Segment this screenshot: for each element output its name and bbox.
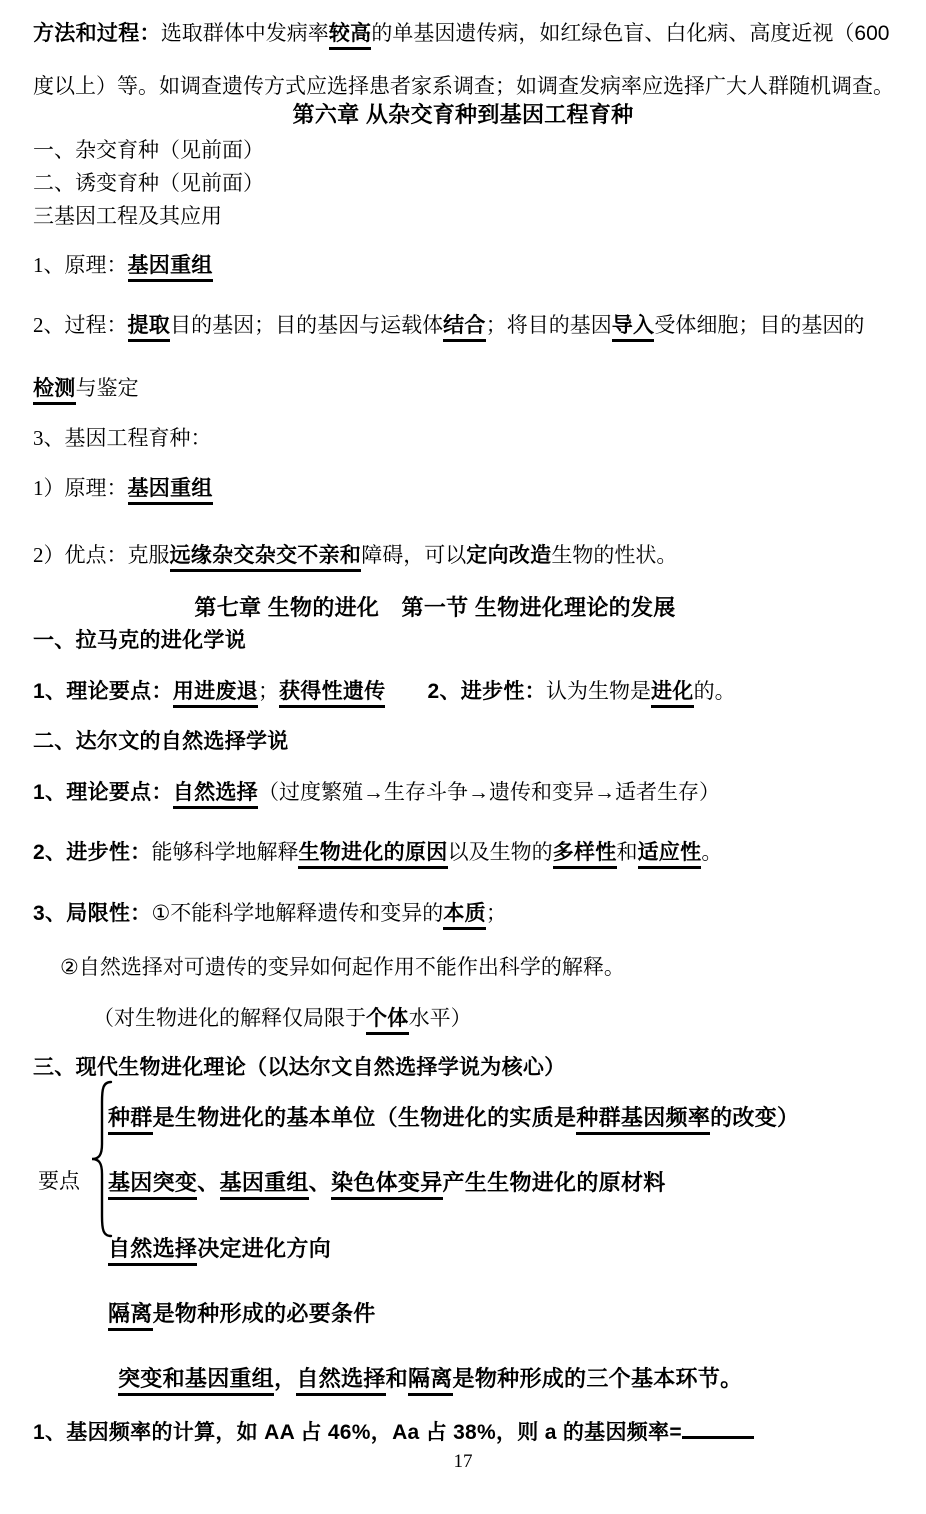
underlined-term: 生物进化的原因 [298, 841, 447, 869]
underlined-term: 结合 [443, 314, 486, 342]
page-number: 17 [0, 1448, 926, 1475]
text-segment: 第六章 从杂交育种到基因工程育种 [293, 102, 634, 127]
line-darwin-limitation-3: （对生物进化的解释仅局限于个体水平） [93, 1005, 472, 1032]
text-segment: 第七章 生物的进化 第一节 生物进化理论的发展 [194, 595, 675, 620]
text-segment: 2）优点：克服 [33, 543, 170, 567]
text-segment: 目的基因；目的基因与运载体 [170, 313, 443, 337]
underlined-term: 基因重组 [128, 254, 213, 282]
text-segment: 是生物进化的基本单位（生物进化的实质是 [153, 1105, 577, 1130]
section-modern-evolution-theory: 三、现代生物进化理论（以达尔文自然选择学说为核心） [33, 1054, 566, 1081]
text-segment: 3、局限性： [33, 902, 151, 925]
text-segment: 和 [386, 1366, 408, 1391]
text-segment: 1）原理： [33, 476, 128, 500]
text-segment: 水平） [409, 1006, 472, 1030]
underlined-term: 用进废退 [173, 680, 258, 708]
text-segment: ①不能科学地解释遗传和变异的 [151, 901, 443, 925]
line-survey-method-1: 方法和过程：选取群体中发病率较高的单基因遗传病，如红绿色盲、白化病、高度近视（6… [33, 20, 889, 47]
document-page: 方法和过程：选取群体中发病率较高的单基因遗传病，如红绿色盲、白化病、高度近视（6… [0, 0, 926, 1514]
text-segment: ； [258, 679, 279, 703]
text-segment: 、 [197, 1170, 219, 1195]
text-segment: ；将目的基因 [486, 313, 612, 337]
underlined-term: 较高 [329, 22, 372, 50]
text-segment: 的单基因遗传病，如红绿色盲、白化病、高度近视（ [371, 21, 854, 45]
text-segment: 1、理论要点： [33, 781, 173, 804]
text-segment: 决定进化方向 [197, 1236, 331, 1261]
underlined-term: 自然选择 [108, 1236, 197, 1266]
line-gene-frequency-question: 1、基因频率的计算，如 AA 占 46%，Aa 占 38%，则 a 的基因频率= [33, 1415, 754, 1446]
text-segment: 一、拉马克的进化学说 [33, 629, 246, 652]
line-gene-engineering-breeding: 3、基因工程育种： [33, 425, 212, 452]
chapter6-heading: 第六章 从杂交育种到基因工程育种 [0, 101, 926, 128]
brace-line-raw-material: 基因突变、基因重组、染色体变异产生生物进化的原材料 [108, 1169, 666, 1196]
text-segment: 定向改造 [466, 544, 551, 567]
text-segment: 是物种形成的三个基本环节。 [453, 1366, 743, 1391]
text-segment: 2、进步性： [427, 680, 545, 703]
text-segment: ； [486, 901, 507, 925]
text-segment: 受体细胞；目的基因的 [654, 313, 864, 337]
text-segment: 障碍，可以 [361, 543, 466, 567]
text-segment [385, 679, 427, 703]
text-segment: （对生物进化的解释仅局限于 [93, 1006, 366, 1030]
underlined-term: 检测 [33, 377, 76, 405]
line-darwin-progress: 2、进步性：能够科学地解释生物进化的原因以及生物的多样性和适应性。 [33, 839, 722, 866]
chapter7-heading: 第七章 生物的进化 第一节 生物进化理论的发展 [0, 594, 898, 621]
underlined-term: 种群 [108, 1105, 153, 1135]
line-advantages: 2）优点：克服远缘杂交杂交不亲和障碍，可以定向改造生物的性状。 [33, 542, 677, 569]
line-principle-2: 1）原理：基因重组 [33, 475, 213, 502]
line-principle-gene-recombination: 1、原理：基因重组 [33, 252, 213, 279]
text-segment: 的改变） [710, 1105, 799, 1130]
text-segment: 和 [617, 840, 638, 864]
underlined-term: 染色体变异 [331, 1170, 443, 1200]
text-segment: ， [274, 1366, 296, 1391]
text-segment: 、 [309, 1170, 331, 1195]
text-segment: 认为生物是 [546, 679, 651, 703]
text-segment: 选取群体中发病率 [161, 21, 329, 45]
underlined-term: 隔离 [108, 1301, 153, 1331]
underlined-term: 自然选择 [173, 781, 258, 809]
line-darwin-limitation-2: ②自然选择对可遗传的变异如何起作用不能作出科学的解释。 [60, 954, 625, 981]
section-lamarck-theory: 一、拉马克的进化学说 [33, 627, 246, 654]
line-lamarck-points: 1、理论要点：用进废退；获得性遗传 2、进步性：认为生物是进化的。 [33, 678, 736, 705]
text-segment: 2、进步性： [33, 841, 151, 864]
underlined-term: 适应性 [638, 841, 702, 869]
text-segment: ②自然选择对可遗传的变异如何起作用不能作出科学的解释。 [60, 955, 625, 979]
text-segment: 产生生物进化的原材料 [443, 1170, 666, 1195]
brace-label: 要点 [38, 1168, 80, 1195]
text-segment: 三基因工程及其应用 [33, 204, 222, 228]
text-segment: 1、理论要点： [33, 680, 173, 703]
item-mutation-breeding: 二、诱变育种（见前面） [33, 170, 264, 197]
text-segment: 1、原理： [33, 253, 128, 277]
line-darwin-points: 1、理论要点：自然选择（过度繁殖→生存斗争→遗传和变异→适者生存） [33, 779, 720, 806]
underlined-term: 多样性 [553, 841, 617, 869]
underlined-term: 基因重组 [220, 1170, 309, 1200]
text-segment: 二、诱变育种（见前面） [33, 171, 264, 195]
underlined-term: 种群基因频率 [576, 1105, 710, 1135]
text-segment: 生物的性状。 [551, 543, 677, 567]
underlined-term: 远缘杂交杂交不亲和 [170, 544, 362, 572]
text-segment: 。 [701, 840, 722, 864]
text-segment: （过度繁殖→生存斗争→遗传和变异→适者生存） [258, 780, 720, 804]
text-segment: 二、达尔文的自然选择学说 [33, 730, 289, 753]
section-darwin-theory: 二、达尔文的自然选择学说 [33, 728, 289, 755]
line-survey-method-2: 度以上）等。如调查遗传方式应选择患者家系调查；如调查发病率应选择广大人群随机调查… [33, 73, 894, 100]
answer-blank [682, 1415, 754, 1439]
text-segment: 3、基因工程育种： [33, 426, 212, 450]
item-hybridization-breeding: 一、杂交育种（见前面） [33, 137, 264, 164]
brace-line-three-basic-steps: 突变和基因重组，自然选择和隔离是物种形成的三个基本环节。 [118, 1365, 742, 1392]
text-segment: 的。 [694, 679, 736, 703]
text-segment: 方法和过程： [33, 22, 161, 45]
line-gene-engineering-process: 2、过程：提取目的基因；目的基因与运载体结合；将目的基因导入受体细胞；目的基因的 [33, 312, 864, 339]
line-darwin-limitation-1: 3、局限性：①不能科学地解释遗传和变异的本质； [33, 900, 507, 927]
text-segment: 一、杂交育种（见前面） [33, 138, 264, 162]
brace-line-natural-selection-direction: 自然选择决定进化方向 [108, 1235, 331, 1262]
item-gene-engineering-applications: 三基因工程及其应用 [33, 203, 222, 230]
text-segment: 能够科学地解释 [151, 840, 298, 864]
text-segment: 度以上）等。如调查遗传方式应选择患者家系调查；如调查发病率应选择广大人群随机调查… [33, 74, 894, 98]
text-segment: 三、现代生物进化理论（以达尔文自然选择学说为核心） [33, 1056, 566, 1079]
underlined-term: 导入 [612, 314, 655, 342]
underlined-term: 个体 [366, 1007, 409, 1035]
underlined-term: 获得性遗传 [279, 680, 386, 708]
text-segment: 600 [854, 22, 889, 45]
underlined-term: 自然选择 [296, 1366, 385, 1396]
underlined-term: 本质 [443, 902, 486, 930]
brace-line-population-unit: 种群是生物进化的基本单位（生物进化的实质是种群基因频率的改变） [108, 1104, 799, 1131]
underlined-term: 突变和基因重组 [118, 1366, 274, 1396]
text-segment: 2、过程： [33, 313, 128, 337]
text-segment: 是物种形成的必要条件 [153, 1301, 376, 1326]
underlined-term: 提取 [128, 314, 171, 342]
text-segment: 与鉴定 [76, 376, 139, 400]
underlined-term: 隔离 [408, 1366, 453, 1396]
underlined-term: 基因突变 [108, 1170, 197, 1200]
text-segment: 1、基因频率的计算，如 AA 占 46%，Aa 占 38%，则 a 的基因频率= [33, 1421, 682, 1444]
brace-line-isolation-condition: 隔离是物种形成的必要条件 [108, 1300, 376, 1327]
text-segment: 以及生物的 [448, 840, 553, 864]
underlined-term: 基因重组 [128, 477, 213, 505]
underlined-term: 进化 [651, 680, 694, 708]
line-detection-identification: 检测与鉴定 [33, 375, 139, 402]
